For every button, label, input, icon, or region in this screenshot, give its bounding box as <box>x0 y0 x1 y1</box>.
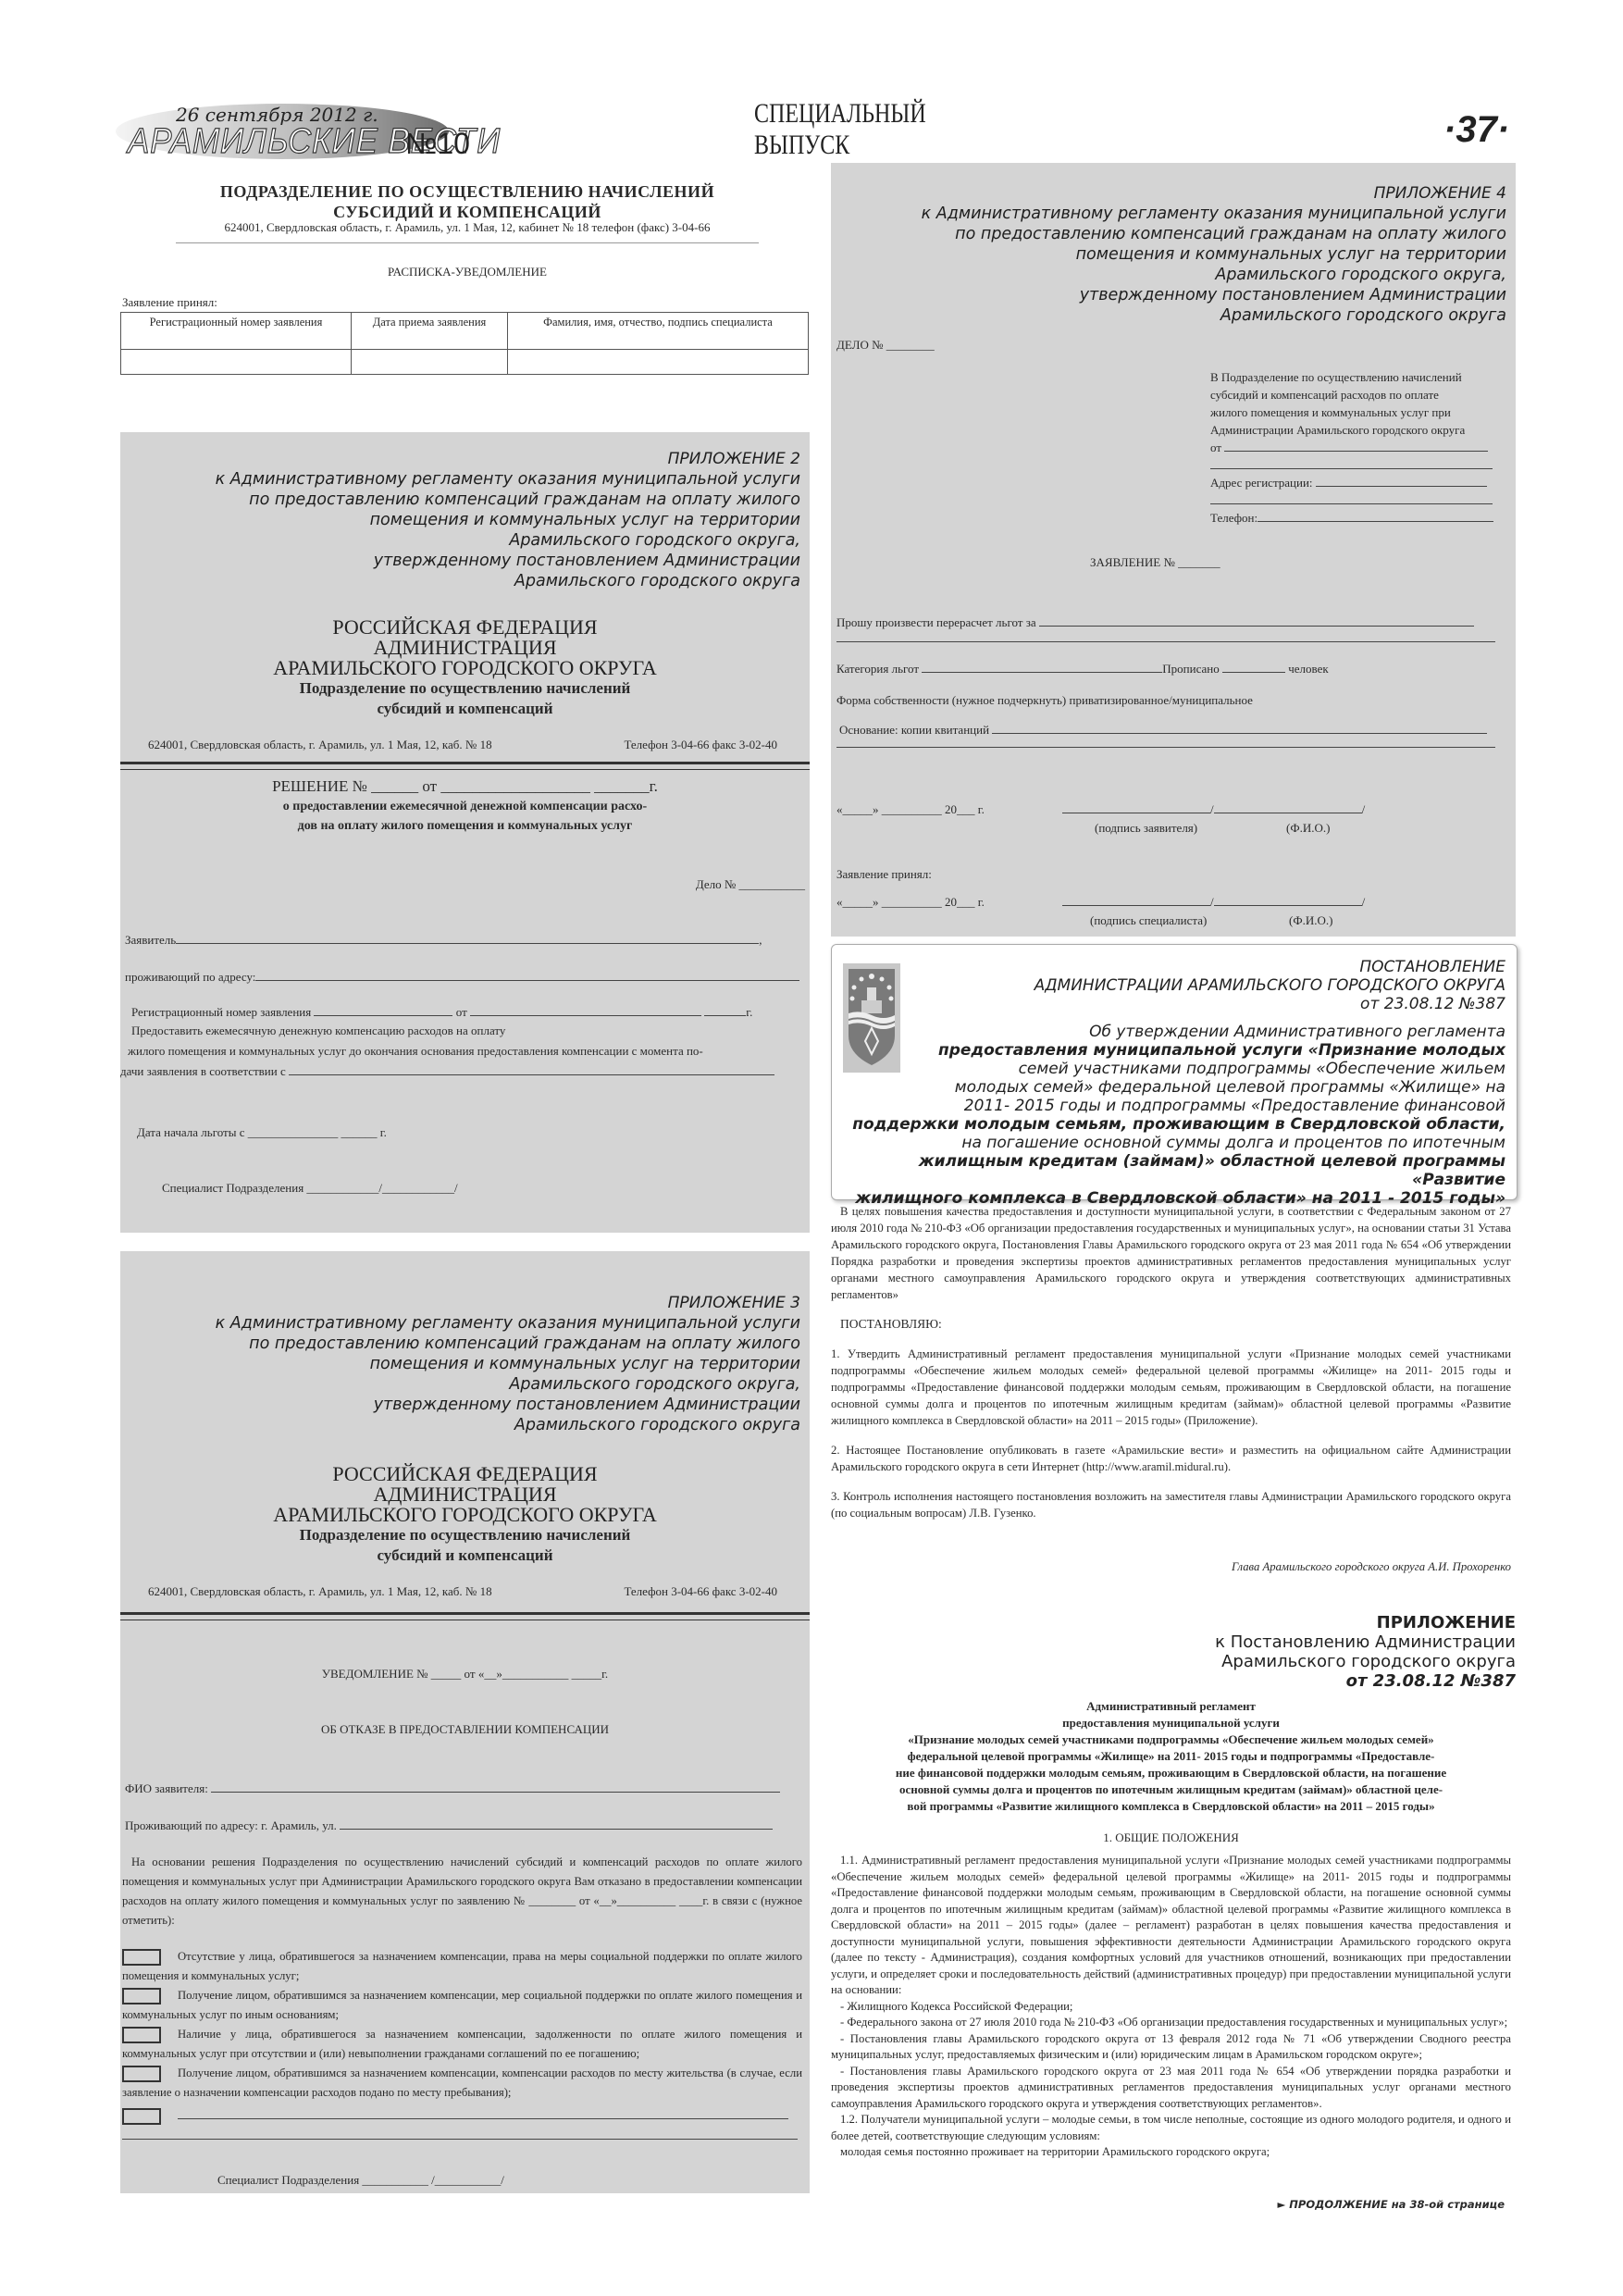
issue-number: №10 <box>405 127 470 161</box>
section-1-title: 1. ОБЩИЕ ПОЛОЖЕНИЯ <box>831 1831 1511 1845</box>
cell-reg-number[interactable] <box>121 350 352 375</box>
grant-line-1: Предоставить ежемесячную денежную компен… <box>131 1023 505 1039</box>
annex-paragraph: - Федерального закона от 27 июля 2010 го… <box>831 2015 1511 2031</box>
subject-line: поддержки молодым семьям, проживающим в … <box>839 1115 1505 1134</box>
grant-line-2: жилого помещения и коммунальных услуг до… <box>128 1043 703 1060</box>
col-fio: Фамилия, имя, отчество, подпись специали… <box>508 313 809 350</box>
reg-address-label: Адрес регистрации: <box>1210 476 1313 490</box>
phone: Телефон 3-04-66 факс 3-02-40 <box>624 1584 777 1599</box>
addressee-line: Администрации Арамильского городского ок… <box>1210 421 1497 439</box>
resolution-preamble: В целях повышения качества предоставлени… <box>831 1203 1511 1303</box>
annex-line-2: к Постановлению Администрации <box>1215 1632 1516 1652</box>
appendix-line: Арамильского городского округа <box>840 305 1506 326</box>
resolution-decree: ПОСТАНОВЛЯЮ: <box>831 1316 1511 1333</box>
appendix-line: Арамильского городского округа <box>134 1415 800 1435</box>
page-number: ·37· <box>1443 109 1509 151</box>
basis-field[interactable]: Основание: копии квитанций <box>839 722 1487 738</box>
specialist-signature-line[interactable]: // <box>1062 894 1365 911</box>
ownership-line: Форма собственности (нужное подчеркнуть)… <box>836 692 1253 709</box>
annex-line-3: Арамильского городского округа <box>1215 1652 1516 1671</box>
reason-item: Получение лицом, обратившимся за назначе… <box>122 1986 802 2025</box>
unit-line-1: Подразделение по осуществлению начислени… <box>120 678 810 699</box>
resolution-header-box: ПОСТАНОВЛЕНИЕ АДМИНИСТРАЦИИ АРАМИЛЬСКОГО… <box>831 944 1518 1200</box>
rf-line-1: РОССИЙСКАЯ ФЕДЕРАЦИЯ <box>120 617 810 638</box>
appendix-4-panel: ПРИЛОЖЕНИЕ 4 к Административному регламе… <box>831 163 1516 937</box>
reason-item: Получение лицом, обратившимся за назначе… <box>122 2064 802 2103</box>
applicant-label: Заявитель <box>125 933 176 947</box>
resolution-signature: Глава Арамильского городского округа А.И… <box>831 1558 1511 1575</box>
appendix-line: Арамильского городского округа, <box>840 265 1506 285</box>
basis-line-2[interactable] <box>836 747 1495 748</box>
statement-title: ЗАЯВЛЕНИЕ № _______ <box>1090 554 1220 571</box>
appendix-3-panel: ПРИЛОЖЕНИЕ 3 к Административному регламе… <box>120 1251 810 2193</box>
letterhead-address: 624001, Свердловская область, г. Арамиль… <box>148 1584 777 1599</box>
grant-line-3-field[interactable]: дачи заявления в соответствии с <box>120 1063 774 1080</box>
reg-title-line: ние финансовой поддержки молодым семьям,… <box>831 1765 1511 1781</box>
appendix-line: утвержденному постановлением Администрац… <box>134 551 800 571</box>
basis-text: На основании решения Подразделения по ос… <box>122 1853 802 1930</box>
cell-date[interactable] <box>351 350 507 375</box>
refusal-basis: На основании решения Подразделения по ос… <box>122 1853 802 1930</box>
subject-line: на погашение основной суммы долга и проц… <box>839 1134 1505 1152</box>
appendix-line: по предоставлению компенсаций гражданам … <box>134 1334 800 1354</box>
rf-line-3: АРАМИЛЬСКОГО ГОРОДСКОГО ОКРУГА <box>120 658 810 678</box>
reg-title-line: «Признание молодых семей участниками под… <box>831 1731 1511 1748</box>
divider <box>176 242 759 243</box>
appendix-line: утвержденному постановлением Администрац… <box>134 1395 800 1415</box>
fio-label: ФИО заявителя: <box>125 1781 208 1795</box>
org-line-2: СУБСИДИЙ И КОМПЕНСАЦИЙ <box>120 202 814 222</box>
rf-line-1: РОССИЙСКАЯ ФЕДЕРАЦИЯ <box>120 1464 810 1484</box>
specialist-fio-caption: (Ф.И.О.) <box>1289 912 1332 929</box>
cell-fio[interactable] <box>508 350 809 375</box>
residing-label: проживающий по адресу: <box>125 970 255 984</box>
col-reg-number: Регистрационный номер заявления <box>121 313 352 350</box>
request-label: Прошу произвести перерасчет льгот за <box>836 615 1036 629</box>
subject-line: предоставления муниципальной услуги «При… <box>839 1041 1505 1060</box>
decision-sub-1: о предоставлении ежемесячной денежной ко… <box>120 797 810 816</box>
specialist-signature[interactable]: Специалист Подразделения ___________ /__… <box>217 2172 504 2189</box>
applicant-field[interactable]: Заявитель, <box>125 932 762 949</box>
subject-line: молодых семей» федеральной целевой прогр… <box>839 1078 1505 1097</box>
registered-label: Прописано <box>1162 662 1219 676</box>
resolution-title: ПОСТАНОВЛЕНИЕ <box>1035 958 1505 976</box>
request-field[interactable]: Прошу произвести перерасчет льгот за <box>836 614 1474 631</box>
special-issue-label: СПЕЦИАЛЬНЫЙ ВЫПУСК <box>754 98 926 161</box>
unit-line-2: субсидий и компенсаций <box>120 1545 810 1566</box>
double-rule <box>120 1612 810 1620</box>
applicant-signature-caption: (подпись заявителя) <box>1095 820 1197 837</box>
accepted-label: Заявление принял: <box>836 866 932 883</box>
reg-title-line: Административный регламент <box>831 1698 1511 1715</box>
org-line-1: ПОДРАЗДЕЛЕНИЕ ПО ОСУЩЕСТВЛЕНИЮ НАЧИСЛЕНИ… <box>120 181 814 202</box>
reason-item-other <box>122 2106 802 2126</box>
phone: Телефон 3-04-66 факс 3-02-40 <box>624 738 777 752</box>
reg-number-label: Регистрационный номер заявления <box>131 1005 311 1019</box>
rf-line-2: АДМИНИСТРАЦИЯ <box>120 1484 810 1505</box>
address: 624001, Свердловская область, г. Арамиль… <box>148 1584 492 1599</box>
receipt-address: 624001, Свердловская область, г. Арамиль… <box>120 220 814 235</box>
regulation-title: Административный регламент предоставлени… <box>831 1698 1511 1815</box>
applicant-fio-caption: (Ф.И.О.) <box>1286 820 1330 837</box>
double-rule <box>120 762 810 770</box>
rf-line-2: АДМИНИСТРАЦИЯ <box>120 638 810 658</box>
reason-text: Получение лицом, обратившимся за назначе… <box>122 1989 802 2021</box>
appendix-line: помещения и коммунальных услуг на террит… <box>134 510 800 530</box>
resolution-heading: ПОСТАНОВЛЕНИЕ АДМИНИСТРАЦИИ АРАМИЛЬСКОГО… <box>1035 958 1505 1013</box>
receipt-title: РАСПИСКА-УВЕДОМЛЕНИЕ <box>120 265 814 279</box>
rf-line-3: АРАМИЛЬСКОГО ГОРОДСКОГО ОКРУГА <box>120 1505 810 1525</box>
annex-paragraph: - Постановления главы Арамильского город… <box>831 2064 1511 2113</box>
resolution-date: от 23.08.12 №387 <box>1035 995 1505 1013</box>
reason-text: Отсутствие у лица, обратившегося за назн… <box>122 1950 802 1982</box>
appendix-4-header: ПРИЛОЖЕНИЕ 4 к Административному регламе… <box>840 183 1506 326</box>
category-field[interactable]: Категория льгот Прописано человек <box>836 661 1329 677</box>
reg-title-line: федеральной целевой программы «Жилище» н… <box>831 1748 1511 1765</box>
reg-address-line-2[interactable] <box>1210 491 1497 509</box>
annex-paragraph: молодая семья постоянно проживает на тер… <box>831 2144 1511 2161</box>
reg-number-field[interactable]: Регистрационный номер заявления от г. <box>131 1004 752 1021</box>
reg-title-line: основной суммы долга и процентов по ипот… <box>831 1781 1511 1798</box>
letterhead: РОССИЙСКАЯ ФЕДЕРАЦИЯ АДМИНИСТРАЦИЯ АРАМИ… <box>120 617 810 719</box>
unit-line-1: Подразделение по осуществлению начислени… <box>120 1525 810 1545</box>
appendix-3-header: ПРИЛОЖЕНИЕ 3 к Административному регламе… <box>134 1293 800 1435</box>
addressee-block: В Подразделение по осуществлению начисле… <box>1210 368 1497 527</box>
phone-label: Телефон: <box>1210 511 1258 525</box>
refusal-title: ОБ ОТКАЗЕ В ПРЕДОСТАВЛЕНИИ КОМПЕНСАЦИИ <box>120 1721 810 1738</box>
appendix-line: к Административному регламенту оказания … <box>134 1313 800 1334</box>
receipt-org-heading: ПОДРАЗДЕЛЕНИЕ ПО ОСУЩЕСТВЛЕНИЮ НАЧИСЛЕНИ… <box>120 181 814 222</box>
reason-text: Наличие у лица, обратившегося за назначе… <box>122 2028 802 2060</box>
subject-line: Об утверждении Административного регламе… <box>839 1023 1505 1041</box>
case-number[interactable]: Дело № ___________ <box>696 876 805 893</box>
appendix-line: по предоставлению компенсаций гражданам … <box>840 224 1506 244</box>
basis-label: Основание: копии квитанций <box>839 723 989 737</box>
resolution-item: 3. Контроль исполнения настоящего постан… <box>831 1488 1511 1521</box>
reason-text: Получение лицом, обратившимся за назначе… <box>122 2066 802 2099</box>
appendix-line: к Административному регламенту оказания … <box>134 469 800 490</box>
from-field[interactable]: от <box>1210 439 1497 456</box>
subject-line: жилищным кредитам (займам)» областной це… <box>839 1152 1505 1189</box>
appendix-3-title: ПРИЛОЖЕНИЕ 3 <box>134 1293 800 1313</box>
phone-field[interactable]: Телефон: <box>1210 509 1497 527</box>
addressee-line: субсидий и компенсаций расходов по оплат… <box>1210 386 1497 403</box>
decision-heading: РЕШЕНИЕ № ______ от ___________________ … <box>120 776 810 836</box>
specialist-date[interactable]: «_____» __________ 20___ г. <box>836 894 985 911</box>
appendix-line: помещения и коммунальных услуг на террит… <box>134 1354 800 1374</box>
grant-line-3: дачи заявления в соответствии с <box>120 1064 286 1078</box>
appendix-2-title: ПРИЛОЖЕНИЕ 2 <box>134 449 800 469</box>
reason-checkbox[interactable] <box>122 2066 161 2082</box>
category-label: Категория льгот <box>836 662 919 676</box>
start-date-field[interactable]: Дата начала льготы с _______________ ___… <box>137 1124 387 1141</box>
reg-address-field[interactable]: Адрес регистрации: <box>1210 474 1497 491</box>
residing-field[interactable]: проживающий по адресу: <box>125 969 799 986</box>
specialist-signature-caption: (подпись специалиста) <box>1090 912 1207 929</box>
letterhead: РОССИЙСКАЯ ФЕДЕРАЦИЯ АДМИНИСТРАЦИЯ АРАМИ… <box>120 1464 810 1566</box>
other-reason-line-2[interactable] <box>122 2126 798 2140</box>
from-field-line-2[interactable] <box>1210 456 1497 474</box>
notice-title: УВЕДОМЛЕНИЕ № _____ от «__»___________ _… <box>120 1666 810 1682</box>
from-label: от <box>456 1005 467 1019</box>
reason-checkbox[interactable] <box>122 2108 161 2125</box>
annex-paragraph: 1.1. Административный регламент предоста… <box>831 1853 1511 1999</box>
addressee-line: жилого помещения и коммунальных услуг пр… <box>1210 403 1497 421</box>
reason-item: Наличие у лица, обратившегося за назначе… <box>122 2025 802 2064</box>
residing-label: Проживающий по адресу: г. Арамиль, ул. <box>125 1818 337 1832</box>
receipt-accepted-label: Заявление принял: <box>122 295 217 310</box>
letterhead-address: 624001, Свердловская область, г. Арамиль… <box>148 738 777 752</box>
reason-checkbox[interactable] <box>122 2027 161 2043</box>
addressee-line: В Подразделение по осуществлению начисле… <box>1210 368 1497 386</box>
col-date: Дата приема заявления <box>351 313 507 350</box>
resolution-item: 1. Утвердить Административный регламент … <box>831 1346 1511 1429</box>
decision-sub-2: дов на оплату жилого помещения и коммуна… <box>120 816 810 836</box>
appendix-line: утвержденному постановлением Администрац… <box>840 285 1506 305</box>
decision-title: РЕШЕНИЕ № ______ от ___________________ … <box>120 776 810 797</box>
persons-label: человек <box>1288 662 1328 676</box>
appendix-line: помещения и коммунальных услуг на террит… <box>840 244 1506 265</box>
resolution-item: 2. Настоящее Постановление опубликовать … <box>831 1442 1511 1475</box>
reasons-list: Отсутствие у лица, обратившегося за назн… <box>122 1947 802 2140</box>
specialist-signature[interactable]: Специалист Подразделения ____________/__… <box>162 1180 458 1197</box>
continued-link[interactable]: ► ПРОДОЛЖЕНИЕ на 38-ой странице <box>1277 2198 1505 2211</box>
appendix-4-title: ПРИЛОЖЕНИЕ 4 <box>840 183 1506 204</box>
appendix-line: Арамильского городского округа <box>134 571 800 591</box>
from-label: от <box>1210 441 1221 454</box>
applicant-signature-line[interactable]: // <box>1062 801 1365 818</box>
appendix-2-header: ПРИЛОЖЕНИЕ 2 к Административному регламе… <box>134 449 800 591</box>
special-line-2: ВЫПУСК <box>754 130 926 161</box>
appendix-line: Арамильского городского округа, <box>134 1374 800 1395</box>
residing-field[interactable]: Проживающий по адресу: г. Арамиль, ул. <box>125 1818 773 1834</box>
year-suffix: г. <box>746 1005 752 1019</box>
subject-line: семей участниками подпрограммы «Обеспече… <box>839 1060 1505 1078</box>
fio-field[interactable]: ФИО заявителя: <box>125 1781 780 1797</box>
annex-heading: ПРИЛОЖЕНИЕ к Постановлению Администрации… <box>1215 1613 1516 1691</box>
appendix-line: по предоставлению компенсаций гражданам … <box>134 490 800 510</box>
resolution-subject: Об утверждении Административного регламе… <box>839 1023 1505 1208</box>
unit-line-2: субсидий и компенсаций <box>120 699 810 719</box>
other-reason-line[interactable] <box>178 2107 788 2119</box>
special-line-1: СПЕЦИАЛЬНЫЙ <box>754 98 926 130</box>
reason-item: Отсутствие у лица, обратившегося за назн… <box>122 1947 802 1986</box>
reg-title-line: вой программы «Развитие жилищного компле… <box>831 1798 1511 1815</box>
annex-paragraph: - Жилищного Кодекса Российской Федерации… <box>831 1999 1511 2016</box>
case-number[interactable]: ДЕЛО № ________ <box>836 337 935 354</box>
annex-paragraph: - Постановления главы Арамильского город… <box>831 2031 1511 2064</box>
annex-date: от 23.08.12 №387 <box>1215 1671 1516 1691</box>
appendix-line: к Административному регламенту оказания … <box>840 204 1506 224</box>
applicant-date[interactable]: «_____» __________ 20___ г. <box>836 801 985 818</box>
subject-line: 2011- 2015 годы и подпрограммы «Предоста… <box>839 1097 1505 1115</box>
appendix-2-panel: ПРИЛОЖЕНИЕ 2 к Административному регламе… <box>120 432 810 1233</box>
resolution-body: В целях повышения качества предоставлени… <box>831 1203 1511 1575</box>
reason-checkbox[interactable] <box>122 1949 161 1966</box>
reason-checkbox[interactable] <box>122 1988 161 2004</box>
annex-paragraph: 1.2. Получатели муниципальной услуги – м… <box>831 2112 1511 2144</box>
resolution-authority: АДМИНИСТРАЦИИ АРАМИЛЬСКОГО ГОРОДСКОГО ОК… <box>1035 976 1505 995</box>
address: 624001, Свердловская область, г. Арамиль… <box>148 738 492 752</box>
appendix-line: Арамильского городского округа, <box>134 530 800 551</box>
request-line-2[interactable] <box>836 641 1495 642</box>
reg-title-line: предоставления муниципальной услуги <box>831 1715 1511 1731</box>
annex-body: 1.1. Административный регламент предоста… <box>831 1853 1511 2161</box>
annex-title: ПРИЛОЖЕНИЕ <box>1215 1613 1516 1632</box>
receipt-table: Регистрационный номер заявления Дата при… <box>120 312 809 375</box>
